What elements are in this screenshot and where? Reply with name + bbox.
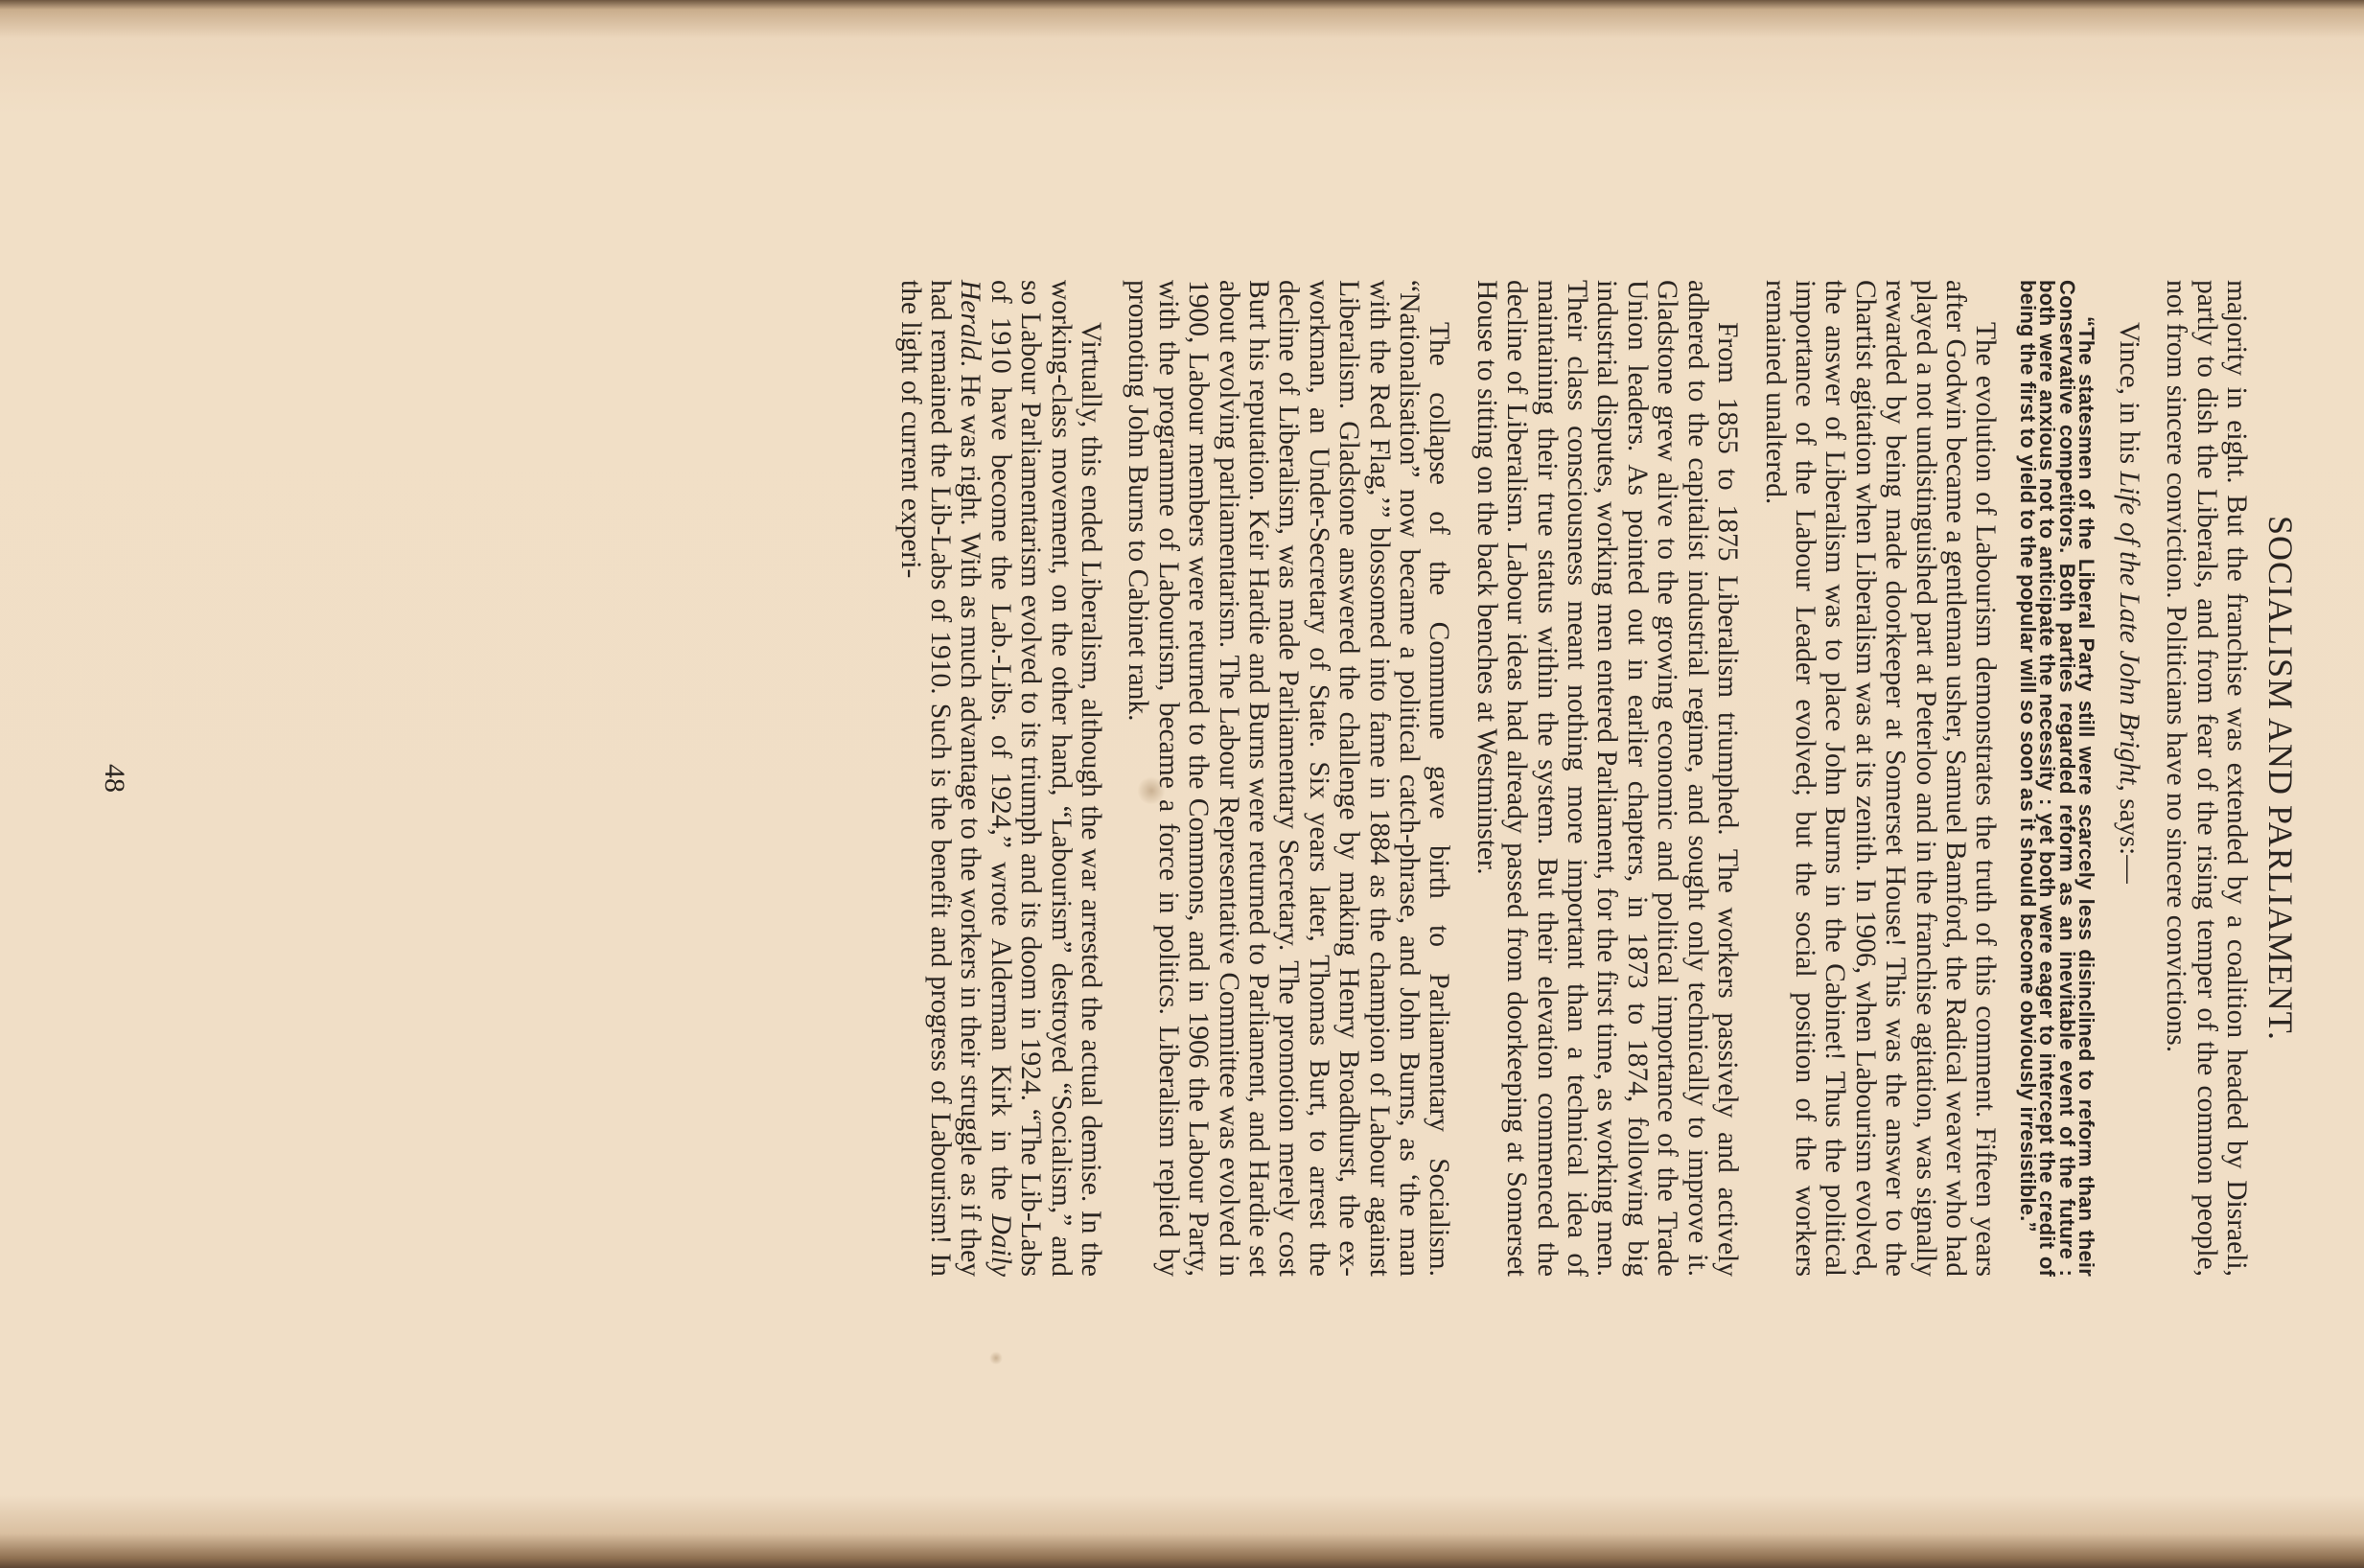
foxing-spot (989, 1351, 1003, 1365)
book-page: SOCIALISM AND PARLIAMENT. majority in ei… (0, 0, 2364, 1568)
rotated-page: SOCIALISM AND PARLIAMENT. majority in ei… (0, 0, 2364, 1568)
footer: 48 (0, 280, 2364, 1277)
page-number: 48 (98, 280, 130, 1277)
